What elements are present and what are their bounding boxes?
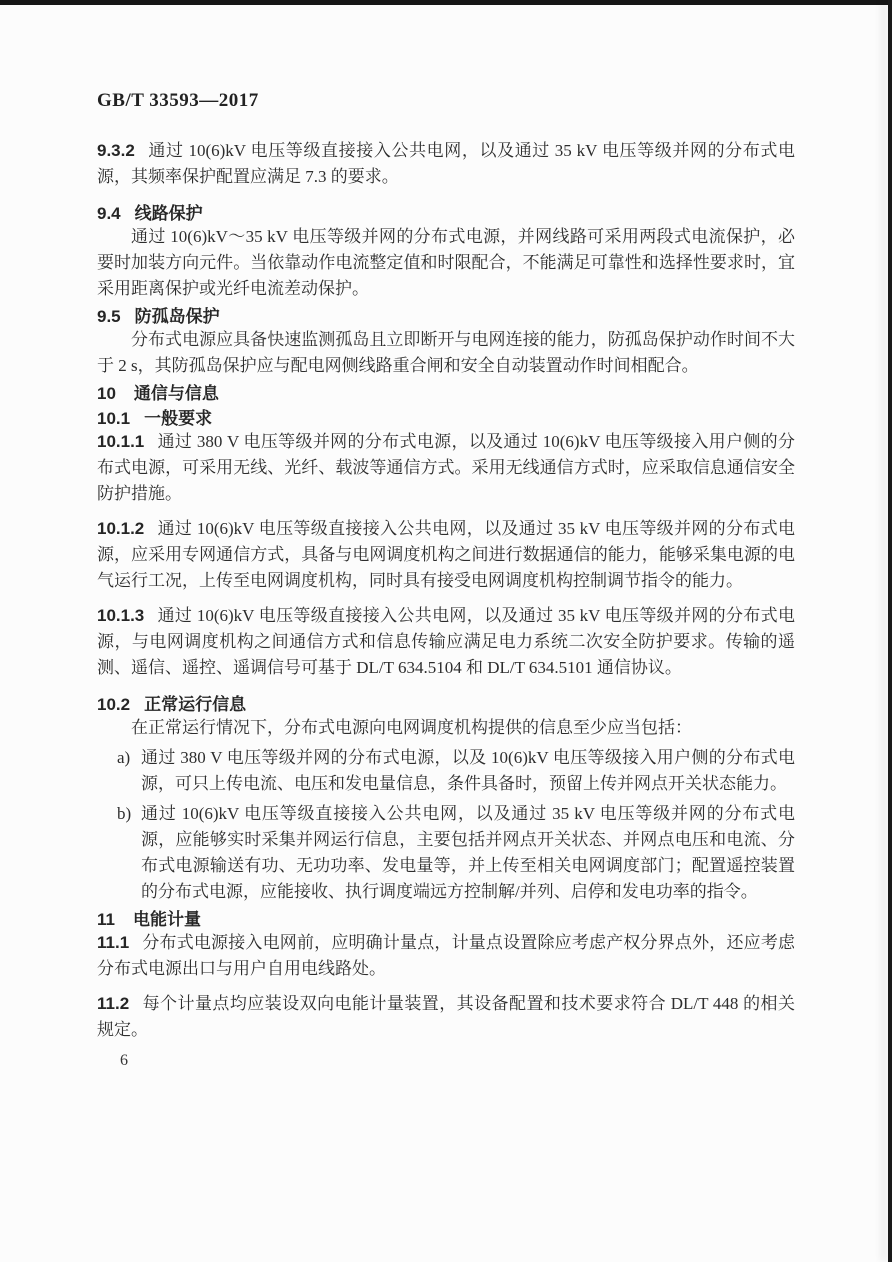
clause-10-1-2: 10.1.2通过 10(6)kV 电压等级直接接入公共电网，以及通过 35 kV… [97,516,795,594]
clause-10-1-1: 10.1.1通过 380 V 电压等级并网的分布式电源，以及通过 10(6)kV… [97,429,795,507]
page-number: 6 [97,1052,795,1070]
heading-9-4: 9.4线路保护 [97,199,795,224]
clause-number: 11.1 [97,933,129,952]
clause-text: 通过 10(6)kV 电压等级直接接入公共电网，以及通过 35 kV 电压等级并… [97,141,795,186]
heading-number: 11 [97,910,115,929]
standard-code-header: GB/T 33593—2017 [97,90,795,112]
clause-number: 10.1.1 [97,432,144,451]
clause-text: 通过 10(6)kV 电压等级直接接入公共电网，以及通过 35 kV 电压等级并… [97,606,795,677]
clause-9-3-2: 9.3.2通过 10(6)kV 电压等级直接接入公共电网，以及通过 35 kV … [97,138,795,190]
list-text: 通过 380 V 电压等级并网的分布式电源，以及 10(6)kV 电压等级接入用… [141,748,795,793]
clause-number: 10.1.2 [97,519,144,538]
clause-number: 9.3.2 [97,141,135,160]
clause-text: 每个计量点均应装设双向电能计量装置，其设备配置和技术要求符合 DL/T 448 … [97,994,795,1039]
clause-text: 通过 10(6)kV 电压等级直接接入公共电网，以及通过 35 kV 电压等级并… [97,519,795,590]
heading-number: 10.2 [97,695,130,714]
clause-text: 分布式电源接入电网前，应明确计量点，计量点设置除应考虑产权分界点外，还应考虑分布… [97,933,795,978]
paragraph-9-5: 分布式电源应具备快速监测孤岛且立即断开与电网连接的能力，防孤岛保护动作时间不大于… [97,327,795,379]
list-text: 通过 10(6)kV 电压等级直接接入公共电网，以及通过 35 kV 电压等级并… [141,804,795,901]
list-item-a: a)通过 380 V 电压等级并网的分布式电源，以及 10(6)kV 电压等级接… [97,745,795,797]
paragraph-10-2-intro: 在正常运行情况下，分布式电源向电网调度机构提供的信息至少应当包括： [97,715,795,741]
heading-text: 电能计量 [133,910,201,929]
heading-number: 10.1 [97,409,130,428]
heading-text: 通信与信息 [134,384,219,403]
clause-11-2: 11.2每个计量点均应装设双向电能计量装置，其设备配置和技术要求符合 DL/T … [97,991,795,1043]
clause-11-1: 11.1分布式电源接入电网前，应明确计量点，计量点设置除应考虑产权分界点外，还应… [97,930,795,982]
heading-10-1: 10.1一般要求 [97,404,795,429]
list-marker: a) [117,745,130,771]
paragraph-9-4: 通过 10(6)kV～35 kV 电压等级并网的分布式电源，并网线路可采用两段式… [97,224,795,302]
clause-text: 通过 380 V 电压等级并网的分布式电源，以及通过 10(6)kV 电压等级接… [97,432,795,503]
heading-text: 一般要求 [144,409,212,428]
page-body: GB/T 33593—2017 9.3.2通过 10(6)kV 电压等级直接接入… [0,0,892,1070]
list-marker: b) [117,801,131,827]
clause-number: 10.1.3 [97,606,144,625]
heading-text: 防孤岛保护 [135,307,220,326]
clause-number: 11.2 [97,994,129,1013]
heading-10: 10通信与信息 [97,379,795,404]
heading-9-5: 9.5防孤岛保护 [97,302,795,327]
heading-number: 10 [97,384,116,403]
heading-text: 线路保护 [135,204,203,223]
clause-10-1-3: 10.1.3通过 10(6)kV 电压等级直接接入公共电网，以及通过 35 kV… [97,603,795,681]
list-item-b: b)通过 10(6)kV 电压等级直接接入公共电网，以及通过 35 kV 电压等… [97,801,795,905]
heading-text: 正常运行信息 [144,695,246,714]
heading-number: 9.4 [97,204,121,223]
scanned-document-page: GB/T 33593—2017 9.3.2通过 10(6)kV 电压等级直接接入… [0,0,892,1262]
heading-11: 11电能计量 [97,905,795,930]
heading-10-2: 10.2正常运行信息 [97,690,795,715]
heading-number: 9.5 [97,307,121,326]
